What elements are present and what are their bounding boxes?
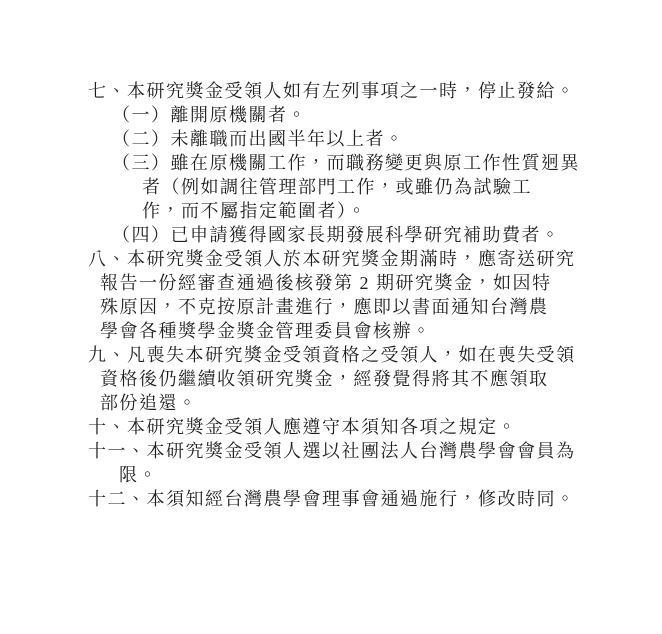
item-12-line: 十二、本須知經台灣農學會理事會通過施行，修改時同。 xyxy=(88,487,662,511)
item-8-cont-line: 學會各種獎學金獎金管理委員會核辦。 xyxy=(100,319,662,343)
document-page: 七、本研究獎金受領人如有左列事項之一時，停止發給。 （一）離開原機關者。 （二）… xyxy=(0,0,662,634)
item-9-cont-line: 部份追還。 xyxy=(100,391,662,415)
subitem-7-4-line: （四）已申請獲得國家長期發展科學研究補助費者。 xyxy=(112,223,662,247)
item-7-line: 七、本研究獎金受領人如有左列事項之一時，停止發給。 xyxy=(88,79,662,103)
item-11-cont-line: 限。 xyxy=(119,463,662,487)
item-10-line: 十、本研究獎金受領人應遵守本須知各項之規定。 xyxy=(88,415,662,439)
subitem-7-2-line: （二）未離職而出國半年以上者。 xyxy=(112,127,662,151)
item-8-cont-line: 報告一份經審查通過後核發第 2 期研究獎金，如因特 xyxy=(100,271,662,295)
subitem-7-3-line: （三）雖在原機關工作，而職務變更與原工作性質迥異 xyxy=(112,151,662,175)
regulation-text-block: 七、本研究獎金受領人如有左列事項之一時，停止發給。 （一）離開原機關者。 （二）… xyxy=(0,79,662,511)
item-9-cont-line: 資格後仍繼續收領研究獎金，經發覺得將其不應領取 xyxy=(100,367,662,391)
subitem-7-1-line: （一）離開原機關者。 xyxy=(112,103,662,127)
subitem-7-3-cont-line: 者（例如調往管理部門工作，或雖仍為試驗工 xyxy=(142,175,662,199)
subitem-7-3-cont-line: 作，而不屬指定範圍者）。 xyxy=(142,199,662,223)
item-9-line: 九、凡喪失本研究獎金受領資格之受領人，如在喪失受領 xyxy=(88,343,662,367)
item-11-line: 十一、本研究獎金受領人選以社團法人台灣農學會會員為 xyxy=(88,439,662,463)
item-8-line: 八、本研究獎金受領人於本研究獎金期滿時，應寄送研究 xyxy=(88,247,662,271)
item-8-cont-line: 殊原因，不克按原計畫進行，應即以書面通知台灣農 xyxy=(100,295,662,319)
